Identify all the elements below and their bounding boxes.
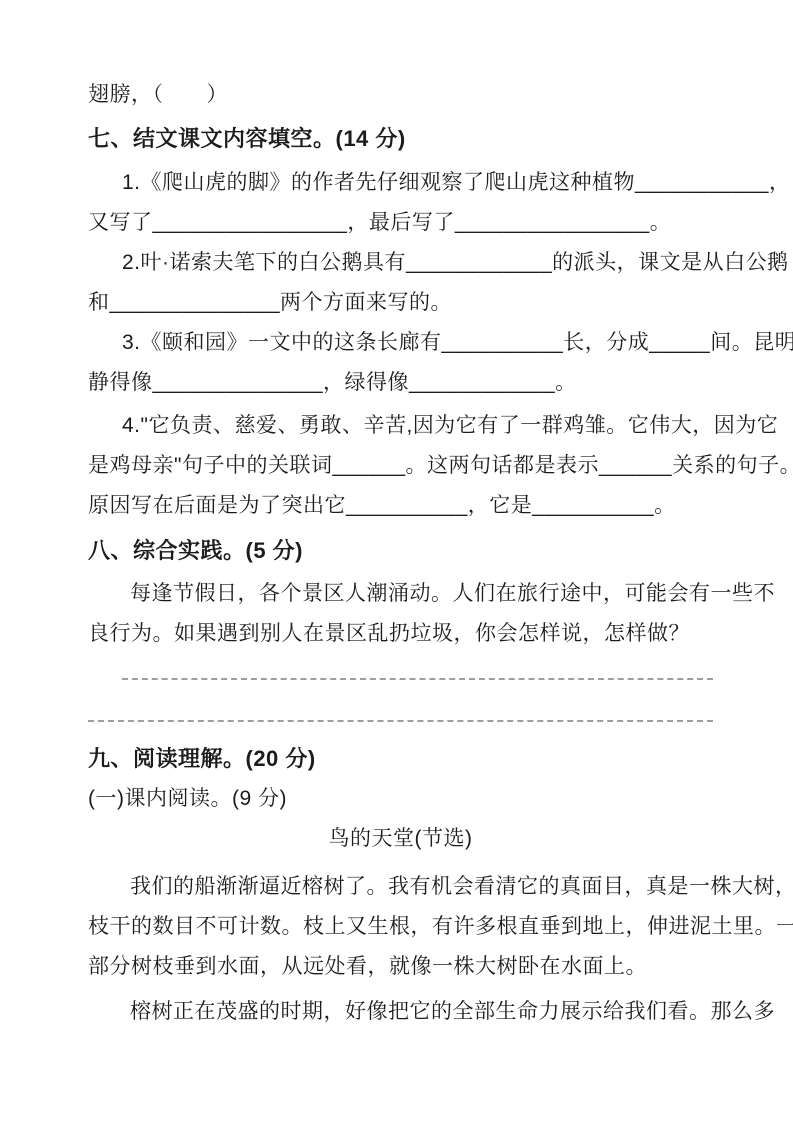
section-eight-heading: 八、综合实践。(5 分) [88,531,713,571]
exam-paper-page: 翅膀，（ ） 七、结文课文内容填空。(14 分) 1.《爬山虎的脚》的作者先仔细… [0,0,793,1122]
question-4-line-3: 原因写在后面是为了突出它__________，它是__________。 [88,486,713,526]
question-2-line-2: 和______________两个方面来写的。 [88,283,713,323]
passage-paragraph-1-line-2: 枝干的数目不可计数。枝上又生根，有许多根直垂到地上，伸进泥土里。一 [88,907,713,947]
passage-paragraph-1-line-3: 部分树枝垂到水面，从远处看，就像一株大树卧在水面上。 [88,947,713,987]
section-nine-heading: 九、阅读理解。(20 分) [88,739,713,779]
section-seven-heading: 七、结文课文内容填空。(14 分) [88,119,713,159]
question-4-line-1: 4."它负责、慈爱、勇敢、辛苦,因为它有了一群鸡雏。它伟大，因为它 [88,406,713,446]
passage-title: 鸟的天堂(节选) [88,819,713,859]
section-nine-subheading: (一)课内阅读。(9 分) [88,779,713,819]
answer-line-2 [88,704,713,722]
top-fragment-line: 翅膀，（ ） [88,75,713,115]
question-2-line-1: 2.叶·诺索夫笔下的白公鹅具有____________的派头，课文是从白公鹅 [88,243,713,283]
passage-paragraph-1-line-1: 我们的船渐渐逼近榕树了。我有机会看清它的真面目，真是一株大树， [88,867,713,907]
answer-line-1 [122,662,713,680]
question-3-line-2: 静得像______________，绿得像____________。 [88,363,713,403]
passage-paragraph-2-line-1: 榕树正在茂盛的时期，好像把它的全部生命力展示给我们看。那么多 [88,992,713,1032]
section-eight-body-line-1: 每逢节假日，各个景区人潮涌动。人们在旅行途中，可能会有一些不 [88,574,713,614]
section-eight-body-line-2: 良行为。如果遇到别人在景区乱扔垃圾，你会怎样说，怎样做？ [88,614,713,654]
question-4-line-2: 是鸡母亲"句子中的关联词______。这两句话都是表示______关系的句子。 [88,446,713,486]
question-1-line-2: 又写了________________，最后写了________________… [88,203,713,243]
question-1-line-1: 1.《爬山虎的脚》的作者先仔细观察了爬山虎这种植物___________， [88,163,713,203]
question-3-line-1: 3.《颐和园》一文中的这条长廊有__________长，分成_____间。昆明湖 [88,323,713,363]
